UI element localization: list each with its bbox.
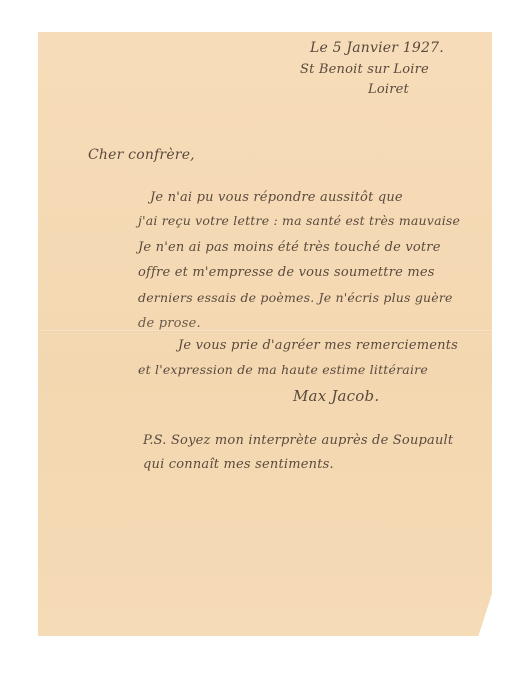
letter-place: St Benoit sur Loire (300, 62, 429, 77)
postscript-line: P.S. Soyez mon interprète auprès de Soup… (143, 433, 453, 448)
closing-line: et l'expression de ma haute estime litté… (138, 362, 428, 377)
body-line: derniers essais de poèmes. Je n'écris pl… (138, 290, 453, 305)
body-line: j'ai reçu votre lettre : ma santé est tr… (138, 213, 460, 228)
letter-region: Loiret (368, 82, 409, 97)
closing-line: Je vous prie d'agréer mes remerciements (178, 338, 458, 353)
body-line: offre et m'empresse de vous soumettre me… (138, 265, 435, 280)
signature: Max Jacob. (293, 387, 379, 405)
salutation: Cher confrère, (88, 147, 195, 163)
letter-date: Le 5 Janvier 1927. (310, 40, 444, 56)
body-line: Je n'ai pu vous répondre aussitôt que (150, 190, 403, 205)
fold-crease (38, 330, 492, 332)
body-line: Je n'en ai pas moins été très touché de … (138, 240, 441, 255)
postscript-line: qui connaît mes sentiments. (143, 457, 334, 472)
body-line: de prose. (138, 316, 201, 331)
letter-paper: Le 5 Janvier 1927. St Benoit sur Loire L… (38, 32, 492, 636)
